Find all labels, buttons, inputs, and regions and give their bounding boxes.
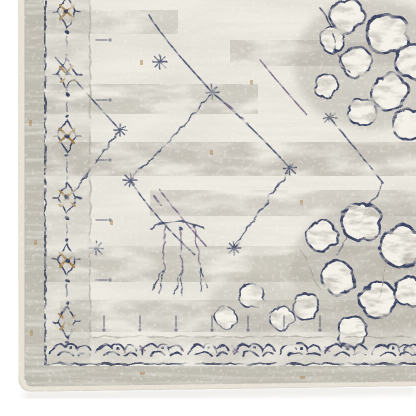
- rug: [18, 0, 416, 393]
- worn-speckle-overlay: [18, 0, 416, 393]
- rug-illustration: [0, 0, 416, 416]
- rug-product-photo: [0, 0, 416, 416]
